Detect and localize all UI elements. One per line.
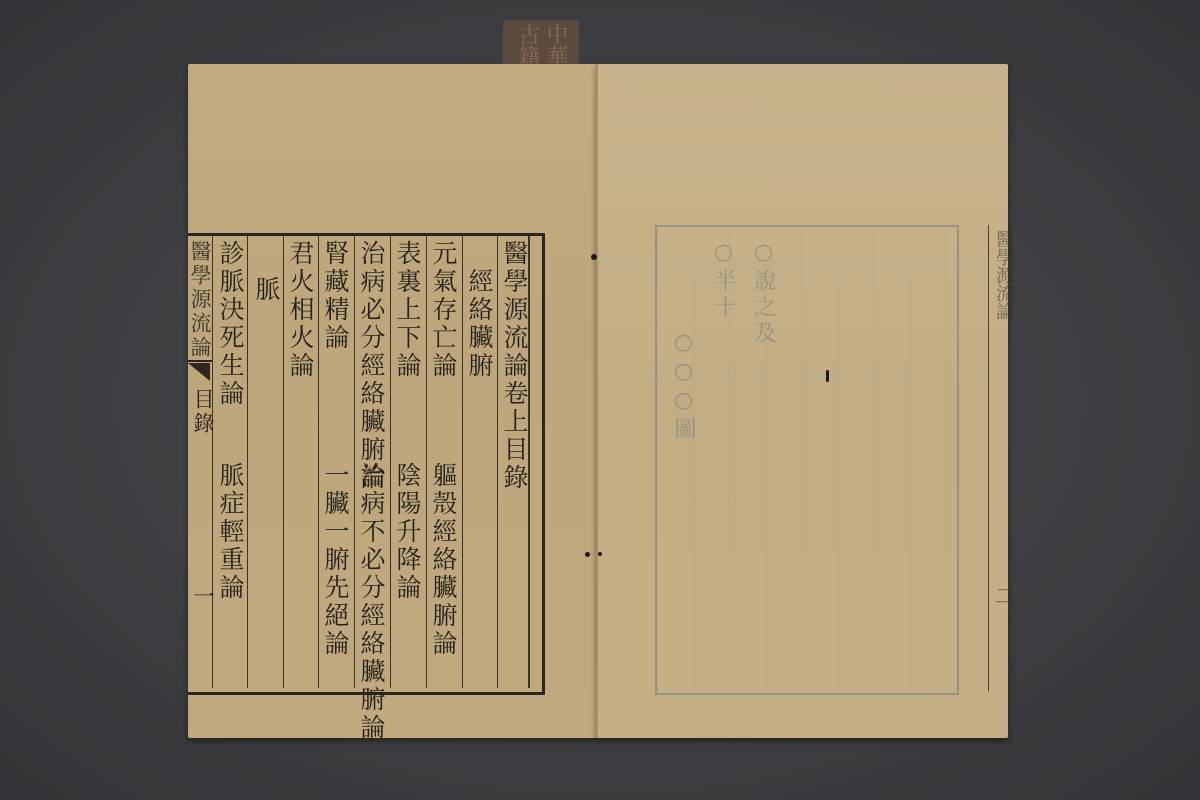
section-heading-pulse: 脈 [252,276,280,304]
toc-entry: 表裏上下論 [393,240,421,380]
toc-entry: 腎藏精論 [321,240,349,352]
binding-hole [598,552,602,556]
toc-entry: 軀殼經絡臟腑論 [429,462,457,658]
show-through-text-block [655,225,959,695]
column-rule [390,236,391,688]
ink-spot [826,370,829,382]
binding-hole [591,254,597,260]
banxin-rule [188,360,212,362]
column-rule [354,236,355,688]
banxin-section: 目錄 [189,388,217,436]
column-rule [247,236,248,688]
toc-entry: 脈症輕重論 [216,462,244,602]
show-through-text: ○說之及 [748,240,779,347]
show-through-text: ○半十 [708,240,739,321]
toc-entry: 君火相火論 [286,240,314,380]
banxin-page-number: 一 [189,585,217,609]
fish-tail-mark [188,363,210,381]
toc-title: 醫學源流論卷上目錄 [500,240,528,492]
column-rule [497,236,498,688]
toc-entry: 治病不必分經絡臟腑論 [357,462,385,742]
right-page-frame [988,225,989,691]
column-rule [426,236,427,688]
toc-entry: 治病必分經絡臟腑論 [357,240,385,492]
toc-entry: 元氣存亡論 [429,240,457,380]
right-page-number: 二 [990,585,1018,609]
book-fold [596,64,598,738]
show-through-text: ○○○圖 [668,330,699,443]
column-rule [318,236,319,688]
section-heading-meridians: 經絡臟腑 [465,268,493,380]
column-rule [283,236,284,688]
right-banxin-title: 醫學源流論 [990,230,1016,320]
banxin-book-title: 醫學源流論 [186,240,214,360]
toc-entry: 一臟一腑先絕論 [321,462,349,658]
toc-entry: 陰陽升降論 [393,462,421,602]
column-rule [462,236,463,688]
toc-entry: 診脈決死生論 [216,240,244,408]
binding-hole [585,552,590,557]
